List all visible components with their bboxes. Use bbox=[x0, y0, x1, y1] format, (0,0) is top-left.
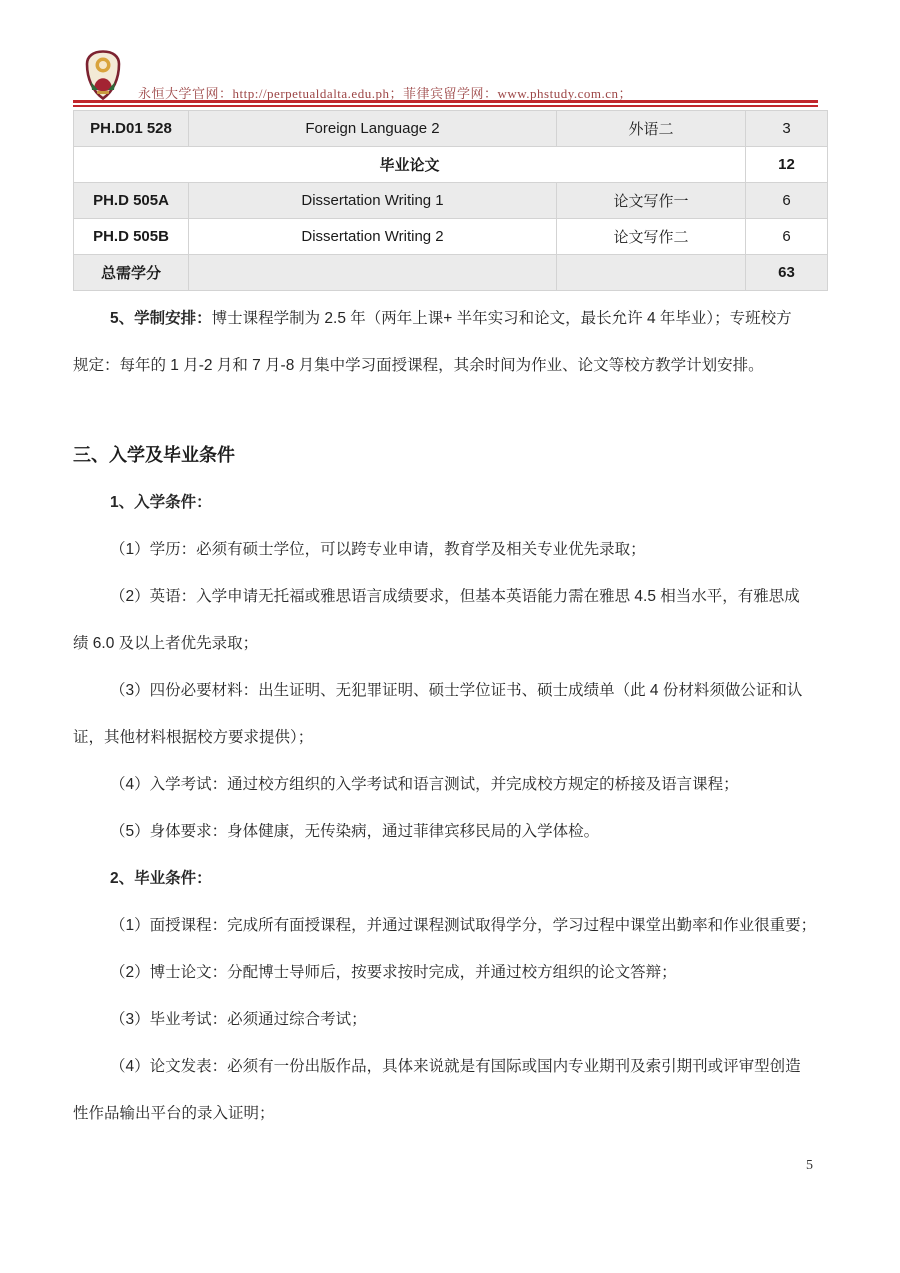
document-page: 永恒大学官网：http://perpetualdalta.edu.ph；菲律宾留… bbox=[0, 0, 900, 1273]
course-table-body: PH.D01 528Foreign Language 2外语二3毕业论文12PH… bbox=[74, 111, 828, 291]
text-segment: （3）四份必要材料：出生证明、无犯罪证明、硕士学位证书、硕士成绩单（此 4 份材… bbox=[110, 682, 802, 699]
text-line: 绩 6.0 及以上者优先录取； bbox=[73, 620, 833, 667]
text-line: （4）入学考试：通过校方组织的入学考试和语言测试，并完成校方规定的桥接及语言课程… bbox=[73, 761, 833, 808]
text-line: （3）毕业考试：必须通过综合考试； bbox=[73, 996, 833, 1043]
body-text: 5、学制安排：博士课程学制为 2.5 年（两年上课+ 半年实习和论文，最长允许 … bbox=[73, 295, 833, 1137]
text-line: 性作品输出平台的录入证明； bbox=[73, 1090, 833, 1137]
text-segment: （4）论文发表：必须有一份出版作品，具体来说就是有国际或国内专业期刊及索引期刊或… bbox=[110, 1058, 801, 1075]
text-segment: （2）博士论文：分配博士导师后，按要求按时完成，并通过校方组织的论文答辩； bbox=[110, 964, 677, 981]
table-cell bbox=[557, 255, 746, 291]
table-cell: 63 bbox=[746, 255, 828, 291]
table-row: PH.D 505ADissertation Writing 1论文写作一6 bbox=[74, 183, 828, 219]
table-cell: PH.D 505B bbox=[74, 219, 189, 255]
text-segment: （1）学历：必须有硕士学位，可以跨专业申请，教育学及相关专业优先录取； bbox=[110, 541, 646, 558]
table-cell: Dissertation Writing 1 bbox=[189, 183, 557, 219]
text-segment: （5）身体要求：身体健康，无传染病，通过菲律宾移民局的入学体检。 bbox=[110, 823, 599, 840]
text-segment: 证，其他材料根据校方要求提供）； bbox=[73, 729, 313, 746]
table-cell: PH.D01 528 bbox=[74, 111, 189, 147]
table-cell: PH.D 505A bbox=[74, 183, 189, 219]
text-line: （2）英语：入学申请无托福或雅思语言成绩要求，但基本英语能力需在雅思 4.5 相… bbox=[73, 573, 833, 620]
text-segment: 博士课程学制为 2.5 年（两年上课+ 半年实习和论文，最长允许 4 年毕业）；… bbox=[212, 310, 792, 327]
university-crest-icon bbox=[85, 50, 121, 100]
text-segment: （2）英语：入学申请无托福或雅思语言成绩要求，但基本英语能力需在雅思 4.5 相… bbox=[110, 588, 800, 605]
table-cell: 3 bbox=[746, 111, 828, 147]
table-cell: Dissertation Writing 2 bbox=[189, 219, 557, 255]
table-cell: 论文写作二 bbox=[557, 219, 746, 255]
table-cell bbox=[189, 255, 557, 291]
page-number: 5 bbox=[806, 1158, 813, 1174]
text-segment: 三、入学及毕业条件 bbox=[73, 445, 235, 465]
text-segment: 规定：每年的 1 月-2 月和 7 月-8 月集中学习面授课程，其余时间为作业、… bbox=[73, 357, 764, 374]
table-row: 总需学分63 bbox=[74, 255, 828, 291]
table-row: 毕业论文12 bbox=[74, 147, 828, 183]
table-row: PH.D01 528Foreign Language 2外语二3 bbox=[74, 111, 828, 147]
table-cell: 论文写作一 bbox=[557, 183, 746, 219]
page-header: 永恒大学官网：http://perpetualdalta.edu.ph；菲律宾留… bbox=[0, 0, 900, 110]
section-heading: 三、入学及毕业条件 bbox=[73, 432, 833, 479]
blank-line bbox=[73, 389, 833, 432]
text-segment: （3）毕业考试：必须通过综合考试； bbox=[110, 1011, 367, 1028]
text-line: 1、入学条件： bbox=[73, 479, 833, 526]
table-cell: Foreign Language 2 bbox=[189, 111, 557, 147]
text-segment: 性作品输出平台的录入证明； bbox=[73, 1105, 275, 1122]
text-segment: （1）面授课程：完成所有面授课程，并通过课程测试取得学分，学习过程中课堂出勤率和… bbox=[110, 917, 816, 934]
table-cell: 毕业论文 bbox=[74, 147, 746, 183]
text-line: 规定：每年的 1 月-2 月和 7 月-8 月集中学习面授课程，其余时间为作业、… bbox=[73, 342, 833, 389]
table-row: PH.D 505BDissertation Writing 2论文写作二6 bbox=[74, 219, 828, 255]
text-line: 5、学制安排：博士课程学制为 2.5 年（两年上课+ 半年实习和论文，最长允许 … bbox=[73, 295, 833, 342]
text-line: （1）面授课程：完成所有面授课程，并通过课程测试取得学分，学习过程中课堂出勤率和… bbox=[73, 902, 833, 949]
text-segment: 5、学制安排： bbox=[110, 310, 212, 327]
text-line: （5）身体要求：身体健康，无传染病，通过菲律宾移民局的入学体检。 bbox=[73, 808, 833, 855]
text-line: （4）论文发表：必须有一份出版作品，具体来说就是有国际或国内专业期刊及索引期刊或… bbox=[73, 1043, 833, 1090]
header-divider bbox=[73, 100, 818, 107]
text-line: 证，其他材料根据校方要求提供）； bbox=[73, 714, 833, 761]
text-line: （2）博士论文：分配博士导师后，按要求按时完成，并通过校方组织的论文答辩； bbox=[73, 949, 833, 996]
text-segment: 2、毕业条件： bbox=[110, 870, 212, 887]
course-table: PH.D01 528Foreign Language 2外语二3毕业论文12PH… bbox=[73, 110, 828, 291]
table-cell: 6 bbox=[746, 219, 828, 255]
text-line: 2、毕业条件： bbox=[73, 855, 833, 902]
text-segment: 1、入学条件： bbox=[110, 494, 212, 511]
table-cell: 外语二 bbox=[557, 111, 746, 147]
text-line: （3）四份必要材料：出生证明、无犯罪证明、硕士学位证书、硕士成绩单（此 4 份材… bbox=[73, 667, 833, 714]
table-cell: 6 bbox=[746, 183, 828, 219]
text-segment: （4）入学考试：通过校方组织的入学考试和语言测试，并完成校方规定的桥接及语言课程… bbox=[110, 776, 739, 793]
table-cell: 12 bbox=[746, 147, 828, 183]
text-segment: 绩 6.0 及以上者优先录取； bbox=[73, 635, 258, 652]
table-cell: 总需学分 bbox=[74, 255, 189, 291]
text-line: （1）学历：必须有硕士学位，可以跨专业申请，教育学及相关专业优先录取； bbox=[73, 526, 833, 573]
